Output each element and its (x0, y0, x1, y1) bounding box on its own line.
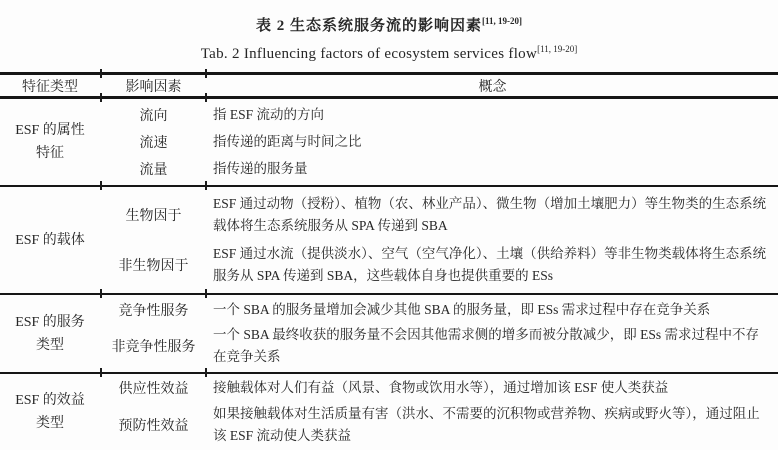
header-concept: 概念 (207, 76, 778, 96)
citation-superscript-zh: [11, 19-20] (482, 16, 522, 26)
header-influencing-factor: 影响因素 (100, 76, 207, 96)
column-divider-tick (100, 289, 102, 298)
concept-cell: 指传递的距离与时间之比 (207, 131, 778, 153)
table-title-en-text: Tab. 2 Influencing factors of ecosystem … (201, 46, 537, 62)
column-divider-tick (205, 181, 207, 190)
table-row: 竞争性服务 一个 SBA 的服务量增加会减少其他 SBA 的服务量，即 ESs … (100, 299, 778, 321)
table-row: 预防性效益 如果接触载体对生活质量有害（洪水、不需要的沉积物或营养物、疾病或野火… (100, 403, 778, 447)
influencing-factors-table: 特征类型 影响因素 概念 ESF 的属性 特征 流向 指 ESF 流动的方向 流… (0, 72, 778, 450)
table-caption-block: 表 2 生态系统服务流的影响因素[11, 19-20] Tab. 2 Influ… (0, 0, 778, 55)
table-row: 流速 指传递的距离与时间之比 (100, 131, 778, 153)
column-divider-tick (205, 289, 207, 298)
table-row: 供应性效益 接触载体对人们有益（风景、食物或饮用水等），通过增加该 ESF 使人… (100, 377, 778, 399)
scanned-paper-page: 表 2 生态系统服务流的影响因素[11, 19-20] Tab. 2 Influ… (0, 0, 778, 450)
concept-cell: 一个 SBA 的服务量增加会减少其他 SBA 的服务量，即 ESs 需求过程中存… (207, 299, 778, 321)
concept-cell: 一个 SBA 最终收获的服务量不会因其他需求侧的增多而被分散减少，即 ESs 需… (207, 324, 778, 368)
concept-cell: 如果接触载体对生活质量有害（洪水、不需要的沉积物或营养物、疾病或野火等），通过阻… (207, 403, 778, 447)
table-header-row: 特征类型 影响因素 概念 (0, 75, 778, 99)
column-divider-tick (100, 368, 102, 377)
section-benefit-types: ESF 的效益 类型 供应性效益 接触载体对人们有益（风景、食物或饮用水等），通… (0, 372, 778, 450)
section-service-types: ESF 的服务 类型 竞争性服务 一个 SBA 的服务量增加会减少其他 SBA … (0, 293, 778, 372)
section-rows: 竞争性服务 一个 SBA 的服务量增加会减少其他 SBA 的服务量，即 ESs … (100, 295, 778, 372)
column-divider-tick (205, 69, 207, 78)
concept-cell: 指传递的服务量 (207, 158, 778, 180)
column-divider-tick (100, 69, 102, 78)
concept-cell: 指 ESF 流动的方向 (207, 104, 778, 126)
table-row: 流向 指 ESF 流动的方向 (100, 104, 778, 126)
factor-cell: 流速 (100, 132, 207, 152)
concept-cell: ESF 通过水流（提供淡水）、空气（空气净化）、土壤（供给养料）等非生物类载体将… (207, 243, 778, 287)
table-row: 非生物因于 ESF 通过水流（提供淡水）、空气（空气净化）、土壤（供给养料）等非… (100, 243, 778, 287)
table-title-zh: 表 2 生态系统服务流的影响因素[11, 19-20] (0, 12, 778, 36)
column-divider-tick (100, 181, 102, 190)
table-row: 流量 指传递的服务量 (100, 158, 778, 180)
factor-cell: 非生物因于 (100, 255, 207, 275)
section-rows: 流向 指 ESF 流动的方向 流速 指传递的距离与时间之比 流量 指传递的服务量 (100, 99, 778, 185)
section-rows: 生物因于 ESF 通过动物（授粉）、植物（农、林业产品）、微生物（增加土壤肥力）… (100, 187, 778, 293)
factor-cell: 非竞争性服务 (100, 336, 207, 356)
factor-cell: 预防性效益 (100, 415, 207, 435)
table-title-en: Tab. 2 Influencing factors of ecosystem … (0, 40, 778, 64)
citation-superscript-en: [11, 19-20] (537, 44, 577, 54)
category-cell: ESF 的载体 (0, 187, 100, 293)
factor-cell: 流量 (100, 159, 207, 179)
header-feature-type: 特征类型 (0, 76, 100, 96)
concept-cell: ESF 通过动物（授粉）、植物（农、林业产品）、微生物（增加土壤肥力）等生物类的… (207, 193, 778, 237)
section-rows: 供应性效益 接触载体对人们有益（风景、食物或饮用水等），通过增加该 ESF 使人… (100, 374, 778, 450)
factor-cell: 生物因于 (100, 205, 207, 225)
section-attribute-features: ESF 的属性 特征 流向 指 ESF 流动的方向 流速 指传递的距离与时间之比… (0, 99, 778, 185)
column-divider-tick (205, 368, 207, 377)
table-title-zh-text: 表 2 生态系统服务流的影响因素 (256, 18, 482, 34)
concept-cell: 接触载体对人们有益（风景、食物或饮用水等），通过增加该 ESF 使人类获益 (207, 377, 778, 399)
factor-cell: 供应性效益 (100, 378, 207, 398)
category-cell: ESF 的属性 特征 (0, 99, 100, 185)
section-carriers: ESF 的载体 生物因于 ESF 通过动物（授粉）、植物（农、林业产品）、微生物… (0, 185, 778, 293)
factor-cell: 竞争性服务 (100, 300, 207, 320)
table-row: 生物因于 ESF 通过动物（授粉）、植物（农、林业产品）、微生物（增加土壤肥力）… (100, 193, 778, 237)
category-cell: ESF 的效益 类型 (0, 374, 100, 450)
factor-cell: 流向 (100, 105, 207, 125)
category-cell: ESF 的服务 类型 (0, 295, 100, 372)
table-row: 非竞争性服务 一个 SBA 最终收获的服务量不会因其他需求侧的增多而被分散减少，… (100, 324, 778, 368)
